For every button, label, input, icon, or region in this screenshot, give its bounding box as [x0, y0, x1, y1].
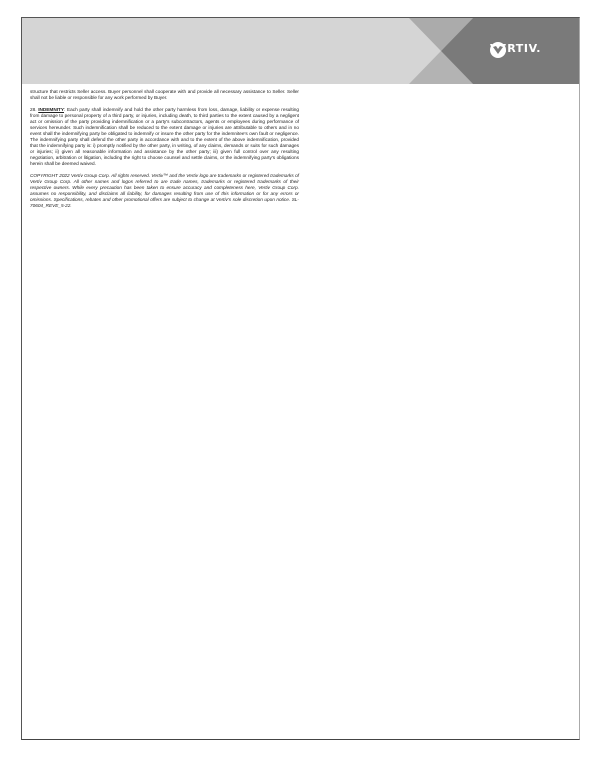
- vertiv-logo: VERTIV.: [490, 42, 541, 55]
- section-text: : Each party shall indemnify and hold th…: [30, 107, 299, 166]
- section-28-indemnity: 28. INDEMNITY: Each party shall indemnif…: [30, 107, 299, 167]
- section-heading: INDEMNITY: [38, 107, 64, 112]
- copyright-notice: COPYRIGHT 2022 Vertiv Group Corp. All ri…: [30, 173, 299, 209]
- vertiv-chevron-logo-icon: [490, 42, 506, 58]
- continuation-paragraph: structure that restricts Seller access. …: [30, 89, 299, 101]
- page-header-banner: VERTIV.: [22, 18, 579, 84]
- document-page: VERTIV. structure that restricts Seller …: [21, 17, 580, 740]
- section-number: 28.: [30, 107, 37, 112]
- document-body: structure that restricts Seller access. …: [30, 89, 299, 215]
